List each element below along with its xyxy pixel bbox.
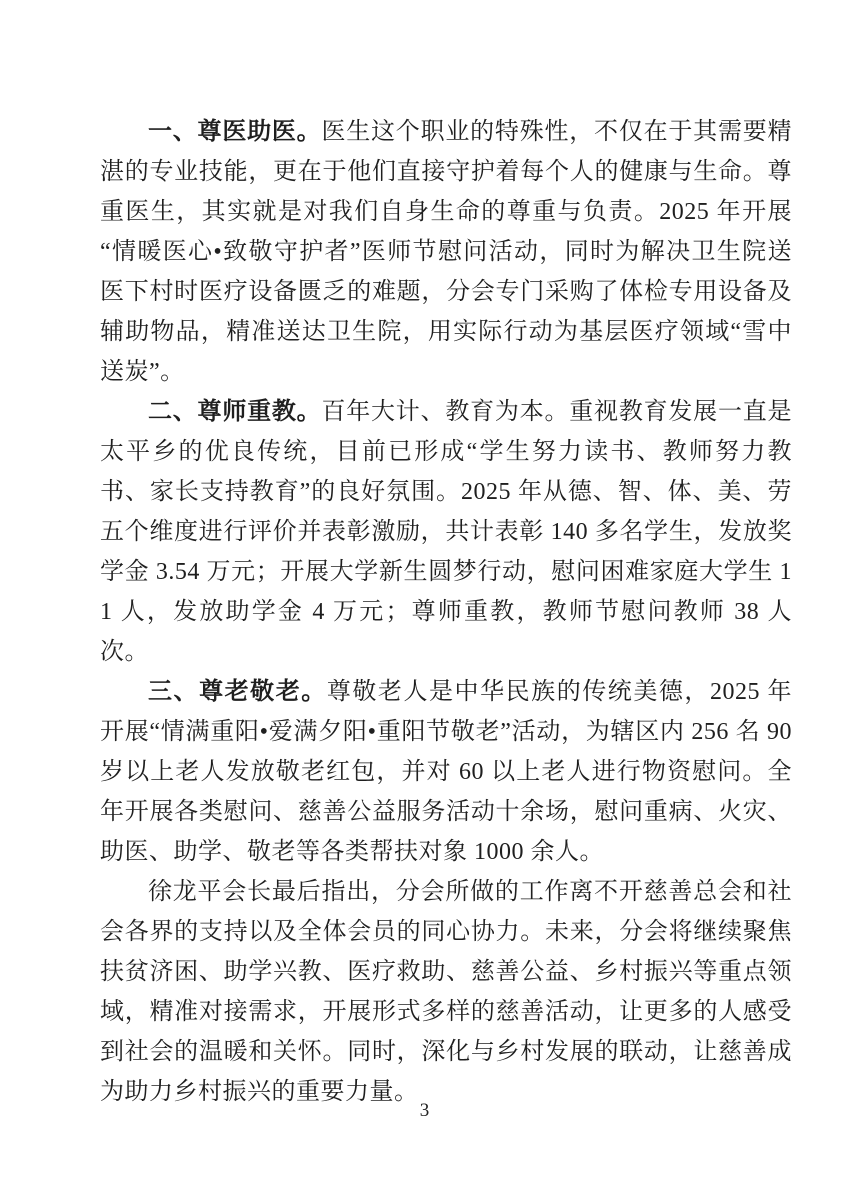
page-footer: 3 [0,1100,849,1122]
page-number: 3 [420,1100,430,1121]
paragraph-heading: 一、尊医助医。 [148,119,321,145]
paragraph-text: 医生这个职业的特殊性，不仅在于其需要精湛的专业技能，更在于他们直接守护着每个人的… [100,119,792,385]
document-body: 一、尊医助医。医生这个职业的特殊性，不仅在于其需要精湛的专业技能，更在于他们直接… [100,112,792,1112]
paragraph-text: 百年大计、教育为本。重视教育发展一直是太平乡的优良传统，目前已形成“学生努力读书… [100,399,792,665]
paragraph-text: 徐龙平会长最后指出，分会所做的工作离不开慈善总会和社会各界的支持以及全体会员的同… [100,879,792,1105]
paragraph-text: 尊敬老人是中华民族的传统美德，2025 年开展“情满重阳•爱满夕阳•重阳节敬老”… [100,679,792,865]
paragraph-closing-remarks: 徐龙平会长最后指出，分会所做的工作离不开慈善总会和社会各界的支持以及全体会员的同… [100,872,792,1112]
paragraph-heading: 二、尊师重教。 [148,399,321,425]
paragraph-respect-teachers: 二、尊师重教。百年大计、教育为本。重视教育发展一直是太平乡的优良传统，目前已形成… [100,392,792,672]
paragraph-heading: 三、尊老敬老。 [148,679,327,705]
paragraph-respect-doctors: 一、尊医助医。医生这个职业的特殊性，不仅在于其需要精湛的专业技能，更在于他们直接… [100,112,792,392]
paragraph-respect-elderly: 三、尊老敬老。尊敬老人是中华民族的传统美德，2025 年开展“情满重阳•爱满夕阳… [100,672,792,872]
document-page: 一、尊医助医。医生这个职业的特殊性，不仅在于其需要精湛的专业技能，更在于他们直接… [0,0,849,1200]
